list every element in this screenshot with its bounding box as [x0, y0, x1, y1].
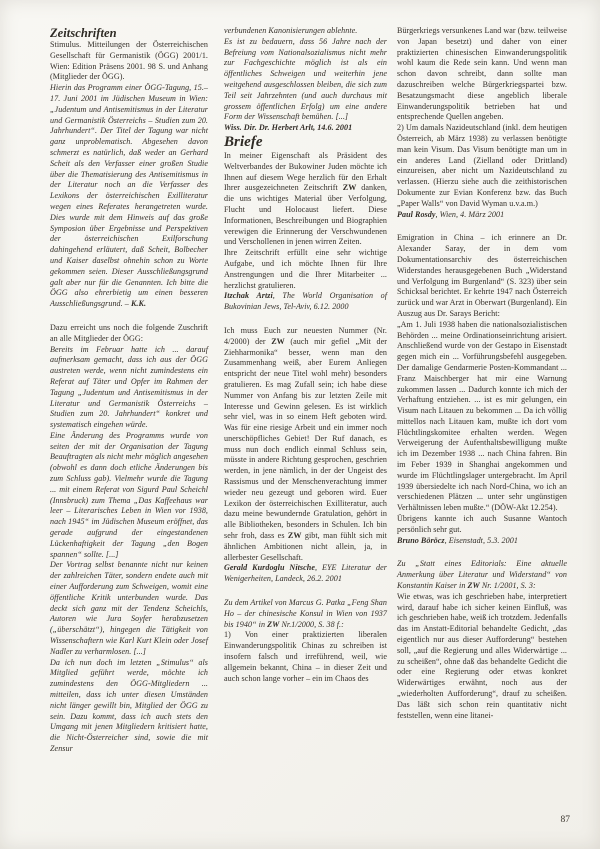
- letter-signature: Paul Rosdy, Wien, 4. März 2001: [397, 210, 567, 221]
- paragraph: Zu „Statt eines Editorials: Eine aktuell…: [397, 559, 567, 591]
- paragraph: Es ist zu bedauern, dass 56 Jahre nach d…: [224, 37, 387, 123]
- paragraph: Da ich nun doch im letzten „Stimulus“ al…: [50, 658, 208, 755]
- paragraph: „Am 1. Juli 1938 haben die nationalsozia…: [397, 320, 567, 514]
- paragraph: Stimulus. Mitteilungen der Österreichisc…: [50, 40, 208, 83]
- column-right: Bürgerkriegs versunkenes Land war (bzw. …: [397, 26, 567, 721]
- page-number: 87: [561, 815, 571, 825]
- paragraph: Dazu erreicht uns noch die folgende Zusc…: [50, 323, 208, 345]
- letter-signature: Wiss. Dir. Dr. Herbert Arlt, 14.6. 2001: [224, 123, 387, 134]
- briefe-heading: Briefe: [224, 134, 387, 151]
- paragraph: In meiner Eigenschaft als Präsident des …: [224, 151, 387, 248]
- paragraph: Übrigens kannte ich auch Susanne Wantoch…: [397, 514, 567, 536]
- zeitschriften-heading: Zeitschriften: [50, 26, 208, 40]
- letter-signature: Itzchak Artzi, The World Organisation of…: [224, 291, 387, 313]
- paragraph: Hierin das Programm einer ÖGG-Tagung, 15…: [50, 83, 208, 310]
- paragraph: Ich muss Euch zur neuesten Nummer (Nr. 4…: [224, 326, 387, 564]
- paragraph: Zu dem Artikel von Marcus G. Patka „Feng…: [224, 598, 387, 630]
- paragraph: 1) Von einer praktizierten liberalen Ein…: [224, 630, 387, 684]
- paragraph: Emigration in China – ich erinnere an Dr…: [397, 233, 567, 319]
- paragraph: Bereits im Februar hatte ich ... darauf …: [50, 345, 208, 431]
- letter-signature: Gerald Kurdoglu Nitsche, EYE Literatur d…: [224, 563, 387, 585]
- journal-page: ZeitschriftenStimulus. Mitteilungen der …: [0, 0, 600, 849]
- column-middle: verbundenen Kanonisierungen ablehnte.Es …: [224, 26, 387, 684]
- paragraph: Der Vortrag selbst benannte nicht nur ke…: [50, 560, 208, 657]
- paragraph: verbundenen Kanonisierungen ablehnte.: [224, 26, 387, 37]
- column-left: ZeitschriftenStimulus. Mitteilungen der …: [50, 26, 208, 755]
- paragraph: Eine Änderung des Programms wurde von se…: [50, 431, 208, 561]
- paragraph: 2) Um damals Nazideutschland (inkl. dem …: [397, 123, 567, 209]
- letter-signature: Bruno Böröcz, Eisenstadt, 5.3. 2001: [397, 536, 567, 547]
- paragraph: Bürgerkriegs versunkenes Land war (bzw. …: [397, 26, 567, 123]
- paragraph: Ihre Zeitschrift erfüllt eine sehr wicht…: [224, 248, 387, 291]
- paragraph: Wie etwas, was ich geschrieben habe, int…: [397, 592, 567, 722]
